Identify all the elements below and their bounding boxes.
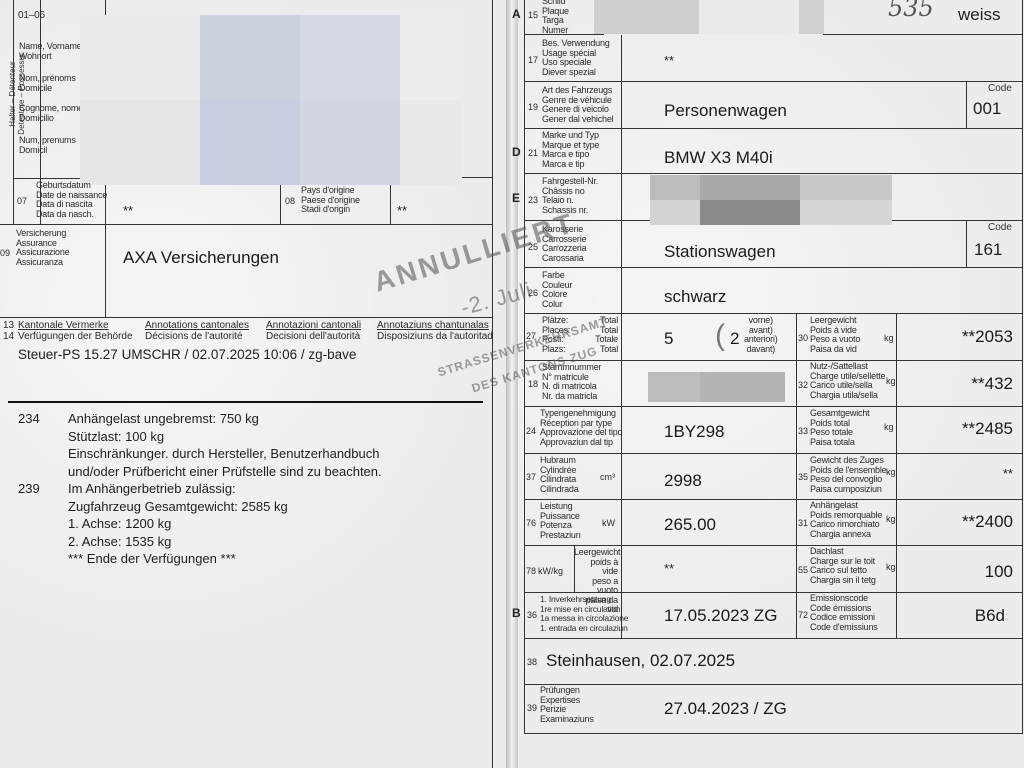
power-label: LeistungPuissancePotenzaPrestaziun (540, 502, 581, 540)
type-approval-label: TypengenehmigungRéception par typeApprov… (540, 409, 622, 447)
annotation-header-it: Annotazioni cantonaliDecisioni dell'auto… (266, 320, 361, 342)
redacted-holder (80, 15, 200, 100)
unit: kg (884, 422, 894, 432)
unit: kg (884, 333, 894, 343)
divider (796, 313, 797, 638)
field-number: 32 (798, 380, 808, 390)
field-number: 31 (798, 518, 808, 528)
annotation-header-rm: Annotaziuns chantunalasDisposiziuns da l… (377, 320, 493, 342)
bracket: ( (715, 316, 725, 356)
divider (524, 638, 1023, 639)
displacement-label: HubraumCylindréeCilindrataCilindrada (540, 456, 579, 494)
section-letter: D (512, 145, 521, 159)
divider (524, 173, 1023, 174)
inspections-value: 27.04.2023 / ZG (664, 699, 787, 719)
divider (966, 220, 967, 267)
divider (524, 406, 1023, 407)
holder-label-de: Name, VornameWohnort (19, 42, 81, 61)
field-number: 24 (526, 426, 536, 436)
power-value: 265.00 (664, 515, 716, 535)
unit: kg (886, 467, 896, 477)
handwritten-note: 535 (888, 0, 934, 22)
divider (524, 360, 1023, 361)
divider (524, 684, 1023, 685)
redacted-chassis (650, 175, 700, 200)
code-header: Code (988, 222, 1012, 233)
field-number: 30 (798, 333, 808, 343)
divider (0, 317, 492, 318)
redacted-chassis (700, 175, 800, 200)
unit: kW (602, 518, 615, 528)
field-number: 08 (285, 196, 295, 206)
unit: kg (886, 562, 896, 572)
field-number: 38 (527, 657, 537, 667)
divider (524, 313, 1023, 314)
divider (524, 499, 1023, 500)
first-registration-label: 1. Inverkehrsetzung1re mise en circulati… (540, 595, 628, 633)
origin-label: Pays d'originePaese d'origineStadi d'ori… (301, 186, 360, 215)
field-number: 39 (527, 703, 537, 713)
redacted-holder (400, 15, 462, 100)
field-number: 33 (798, 426, 808, 436)
divider (966, 81, 967, 128)
divider (524, 733, 1023, 734)
field-number: 37 (526, 472, 536, 482)
type-approval-value: 1BY298 (664, 422, 725, 442)
unit: cm³ (600, 472, 615, 482)
field-number: 78 (526, 566, 536, 576)
divider (1022, 0, 1023, 734)
redacted-master-number (700, 372, 785, 402)
section-letter: B (512, 606, 521, 620)
field-number: 07 (17, 196, 27, 206)
body-value: Stationswagen (664, 242, 776, 262)
special-use-value: ** (664, 53, 674, 68)
empty-weight-value: **2053 (898, 327, 1013, 347)
redacted-chassis (650, 200, 700, 225)
displacement-value: 2998 (664, 471, 702, 491)
trailer-load-label: AnhängelastPoids remorquableCarico rimor… (810, 501, 882, 539)
field-number: 21 (528, 148, 538, 158)
roof-load-value: 100 (898, 562, 1013, 582)
code-header: Code (988, 83, 1012, 94)
divider (524, 545, 1023, 546)
right-page: A 15 SchildPlaqueTargaNumer 535 weiss 17… (518, 0, 1024, 768)
redacted-chassis (800, 200, 892, 225)
redacted-plate (699, 0, 799, 34)
divider (896, 313, 897, 638)
section-letter: E (512, 191, 520, 205)
divider (0, 224, 492, 225)
seats-front-label: vorne)avant)anteriori)davant) (744, 316, 778, 354)
unit: kW/kg (538, 566, 563, 576)
train-weight-label: Gewicht des ZugesPoids de l'ensemblePeso… (810, 456, 886, 494)
make-model-value: BMW X3 M40i (664, 148, 773, 168)
field-number: 23 (528, 195, 538, 205)
redacted-chassis (700, 200, 800, 225)
divider (524, 81, 1023, 82)
total-weight-label: GesamtgewichtPoids totalPeso totalePaisa… (810, 409, 869, 447)
redacted-master-number (648, 372, 700, 402)
holder-field-range: 01–06 (18, 11, 45, 21)
redacted-plate (799, 0, 824, 34)
trailer-load-value: **2400 (898, 512, 1013, 532)
dispositions-list: 234 Anhängelast ungebremst: 750 kg Stütz… (18, 410, 382, 568)
field-number: 18 (528, 379, 538, 389)
field-number: 76 (526, 518, 536, 528)
birth-date-value: ** (123, 203, 133, 218)
vehicle-type-label: Art des FahrzeugsGenre de véhiculeGenere… (542, 86, 613, 124)
emission-code-label: EmissionscodeCode émissionsCodice emissi… (810, 594, 878, 632)
annotation-header-fr: Annotations cantonalesDécisions de l'aut… (145, 320, 249, 342)
field-number: 17 (528, 55, 538, 65)
unit: kg (886, 376, 896, 386)
color-label: FarbeCouleurColoreColur (542, 271, 572, 309)
origin-value: ** (397, 203, 407, 218)
special-use-label: Bes. VerwendungUsage spécialUso speciale… (542, 39, 610, 77)
birth-date-label: GeburtsdatumDate de naissanceData di nas… (36, 181, 107, 219)
redacted-holder (300, 100, 400, 185)
vehicle-type-code: 001 (973, 99, 1001, 119)
payload-value: **432 (898, 374, 1013, 394)
inspections-label: PrüfungenExpertisesPerizieExaminaziuns (540, 686, 594, 724)
redacted-holder (300, 15, 400, 100)
divider (574, 545, 575, 592)
redacted-plate (594, 0, 699, 34)
train-weight-value: ** (898, 466, 1013, 481)
field-number: 36 (527, 610, 537, 620)
divider (524, 128, 1023, 129)
field-number: 19 (528, 102, 538, 112)
field-number: 72 (798, 610, 808, 620)
insurance-label: VersicherungAssuranceAssicurazioneAssicu… (16, 229, 69, 267)
total-weight-value: **2485 (898, 419, 1013, 439)
left-page: 01–06 Halter – Détenteur Detentore – Pos… (0, 0, 506, 768)
redacted-holder (200, 15, 300, 100)
roof-load-label: DachlastCharge sur le toitCarico sul tet… (810, 547, 876, 585)
divider (524, 267, 1023, 268)
payload-label: Nutz-/SattellastCharge utile/selletteCar… (810, 362, 885, 400)
emission-code-value: B6d (898, 606, 1005, 626)
holder-label-rm: Num, prenumsDomicil (19, 136, 76, 155)
holder-label-fr: Nom, prénomsDomicile (19, 74, 76, 93)
redacted-holder (80, 100, 200, 185)
annotation-entry: Steuer-PS 15.27 UMSCHR / 02.07.2025 10:0… (18, 347, 356, 362)
holder-label-it: Cognome, nomeDomicilio (19, 104, 83, 123)
power-ratio-value: ** (664, 561, 674, 576)
field-number: 55 (798, 565, 808, 575)
divider (524, 453, 1023, 454)
disposition-item: 239 Im Anhängerbetrieb zulässig: Zugfahr… (18, 480, 382, 568)
insurance-value: AXA Versicherungen (123, 248, 279, 268)
section-letter: A (512, 7, 521, 21)
first-registration-value: 17.05.2023 ZG (664, 606, 777, 626)
field-number: 15 (528, 10, 538, 20)
redacted-holder (400, 100, 462, 185)
annotation-numbers: 1314 (3, 320, 14, 342)
empty-weight-label: LeergewichtPoids à videPeso a vuotoPaisa… (810, 316, 860, 354)
annotation-header-de: Kantonale VermerkeVerfügungen der Behörd… (18, 320, 133, 342)
vehicle-type-value: Personenwagen (664, 101, 787, 121)
plate-color-value: weiss (958, 5, 1001, 25)
field-number: 35 (798, 472, 808, 482)
make-model-label: Marke und TypMarque et typeMarca e tipoM… (542, 131, 599, 169)
divider (621, 35, 622, 638)
divider (823, 34, 1022, 35)
seats-total-value: 5 (664, 329, 673, 349)
seats-front-value: 2 (730, 329, 739, 349)
redacted-chassis (800, 175, 892, 200)
disposition-item: 234 Anhängelast ungebremst: 750 kg Stütz… (18, 410, 382, 480)
divider (8, 401, 483, 403)
plate-label: SchildPlaqueTargaNumer (542, 0, 569, 35)
color-value: schwarz (664, 287, 726, 307)
body-code: 161 (974, 240, 1002, 260)
redacted-holder (200, 100, 300, 185)
unit: kg (886, 514, 896, 524)
field-number: 09 (0, 248, 10, 258)
place-date-value: Steinhausen, 02.07.2025 (546, 651, 735, 671)
